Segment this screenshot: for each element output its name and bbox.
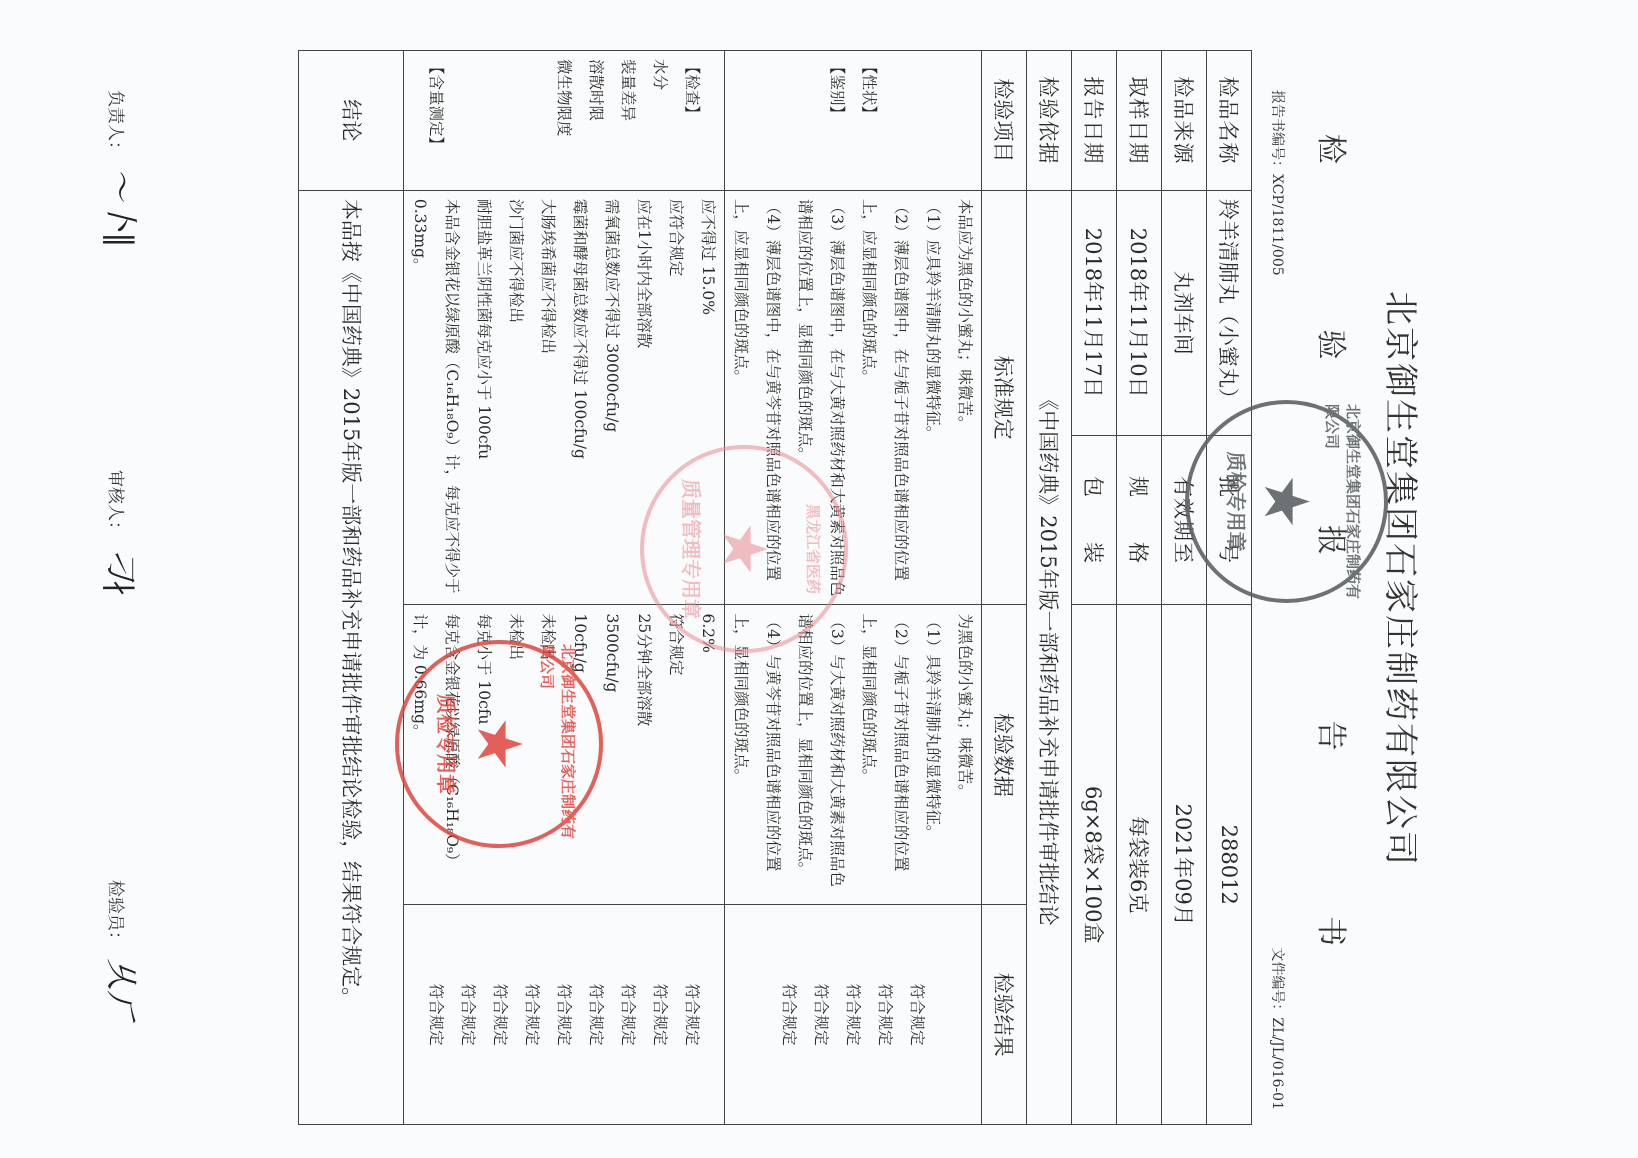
row-sampling-date: 取样日期 2018年11月10日 规 格 每袋装6克 (1117, 51, 1162, 1125)
inspector-signature: 检验员：乆⺁ (100, 880, 146, 1022)
test-item: 【性状】 (853, 59, 885, 182)
company-name: 北京御生堂集团石家庄制药有限公司 (1379, 0, 1428, 1158)
test-item: 溶散时限 (580, 59, 612, 182)
expiry-value: 2021年09月 (1162, 605, 1207, 1125)
spec-label: 规 格 (1117, 435, 1162, 605)
standard-line: （2）薄层色谱图中，在与栀子苷对照品色谱相应的位置上，应显相同颜色的斑点。 (853, 199, 917, 597)
batch-value: 288012 (1207, 605, 1252, 1125)
test-item: 装量差异 (612, 59, 644, 182)
data-line: （1）具羚羊清肺丸的显微特征。 (917, 613, 949, 896)
conclusion-row: 结论 本品按《中国药典》2015年版一部和药品补充申请批件审批结论检验，结果符合… (299, 51, 404, 1125)
standard-line: （3）薄层色谱图中，在与大黄对照药材和大黄素对照品色谱相应的位置上，显相同颜色的… (789, 199, 853, 597)
source-label: 检品来源 (1162, 51, 1207, 191)
column-header-standard: 标准规定 (982, 190, 1027, 605)
section-tests-assay: 【检查】水分装量差异溶散时限微生物限度【含量测定】 应不得过 15.0%应符合规… (404, 51, 725, 1125)
result-list: 符合规定符合规定符合规定符合规定符合规定 (725, 905, 982, 1125)
source-value: 丸剂车间 (1162, 190, 1207, 435)
handwritten-signature-icon: 乆⺁ (102, 958, 140, 1022)
test-item (484, 59, 516, 182)
report-number-value: XCP/1811/005 (1269, 174, 1285, 276)
standard-list: 本品应为黑色的小蜜丸；味微苦。（1）应具羚羊清肺丸的显微特征。（2）薄层色谱图中… (725, 190, 982, 605)
standard-line: （1）应具羚羊清肺丸的显微特征。 (917, 199, 949, 597)
test-item: 水分 (644, 59, 676, 182)
handwritten-signature-icon: ～卜∥ (102, 168, 140, 248)
result-value: 符合规定 (548, 913, 580, 1116)
row-source: 检品来源 丸剂车间 有效期至 2021年09月 (1162, 51, 1207, 1125)
basis-value: 《中国药典》2015年版一部和药品补充申请批件审批结论 (1027, 190, 1072, 1124)
item-list: 【性状】【鉴别】 (725, 51, 982, 191)
result-value: 符合规定 (612, 913, 644, 1116)
standard-line: 需氧菌总数应不得过 30000cfu/g (596, 199, 628, 597)
basis-label: 检验依据 (1027, 51, 1072, 191)
column-header-data: 检验数据 (982, 605, 1027, 905)
data-line: 符合规定 (660, 613, 692, 896)
report-number-label: 报告书编号： (1269, 90, 1285, 174)
standard-list: 应不得过 15.0%应符合规定应在1小时内全部溶散需氧菌总数应不得过 30000… (404, 190, 725, 605)
data-line: （3）与大黄对照药材和大黄素对照品色谱相应的位置上，显相同颜色的斑点。 (789, 613, 853, 896)
result-value: 符合规定 (580, 913, 612, 1116)
standard-line: 应不得过 15.0% (692, 199, 724, 597)
spec-value: 每袋装6克 (1117, 605, 1162, 1125)
row-report-date: 报告日期 2018年11月17日 包 装 6g×8袋×100盒 (1072, 51, 1117, 1125)
data-list: 为黑色的小蜜丸；味微苦。（1）具羚羊清肺丸的显微特征。（2）与栀子苷对照品色谱相… (725, 605, 982, 905)
test-item (516, 59, 548, 182)
batch-label: 批 号 (1207, 435, 1252, 605)
standard-line: 本品含金银花以绿原酸（C₁₆H₁₈O₉）计，每克应不得少于 0.33mg。 (404, 199, 468, 597)
standard-line: 本品应为黑色的小蜜丸；味微苦。 (949, 199, 981, 597)
expiry-label: 有效期至 (1162, 435, 1207, 605)
data-line: （2）与栀子苷对照品色谱相应的位置上，显相同颜色的斑点。 (853, 613, 917, 896)
data-line: 3500cfu/g (596, 613, 628, 896)
data-line: 每克含金银花以绿原酸（C₁₆H₁₈O₉）计，为 0.66mg。 (404, 613, 468, 896)
sampling-date-label: 取样日期 (1117, 51, 1162, 191)
result-value: 符合规定 (516, 913, 548, 1116)
section-appearance-identification: 【性状】【鉴别】 本品应为黑色的小蜜丸；味微苦。（1）应具羚羊清肺丸的显微特征。… (725, 51, 982, 1125)
package-label: 包 装 (1072, 435, 1117, 605)
result-list: 符合规定符合规定符合规定符合规定符合规定符合规定符合规定符合规定符合规定 (404, 905, 725, 1125)
result-value: 符合规定 (869, 913, 901, 1116)
file-number-value: ZL/JL/016-01 (1269, 1017, 1285, 1110)
data-line: 6.2% (692, 613, 724, 896)
document-title: 检 验 报 告 书 (1312, 0, 1356, 1158)
inspection-report-page: 北京御生堂集团石家庄制药有限公司 检 验 报 告 书 报告书编号：XCP/181… (0, 0, 1638, 1158)
reviewer-label: 审核人： (105, 470, 125, 538)
result-value: 符合规定 (452, 913, 484, 1116)
standard-line: 霉菌和酵母菌总数应不得过 100cfu/g (564, 199, 596, 597)
standard-line: 应符合规定 (660, 199, 692, 597)
report-table: 检品名称 羚羊清肺丸（小蜜丸） 批 号 288012 检品来源 丸剂车间 有效期… (298, 50, 1252, 1125)
file-number-label: 文件编号： (1269, 947, 1285, 1017)
report-number: 报告书编号：XCP/1811/005 (1268, 90, 1288, 276)
file-number: 文件编号：ZL/JL/016-01 (1268, 947, 1288, 1110)
data-line: 未检出 (500, 613, 532, 896)
row-basis: 检验依据 《中国药典》2015年版一部和药品补充申请批件审批结论 (1027, 51, 1072, 1125)
test-item: 【鉴别】 (821, 59, 853, 182)
test-item: 微生物限度 (548, 59, 580, 182)
column-header-result: 检验结果 (982, 905, 1027, 1125)
result-value: 符合规定 (805, 913, 837, 1116)
data-line: 25分钟全部溶散 (628, 613, 660, 896)
test-item (452, 59, 484, 182)
result-value: 符合规定 (644, 913, 676, 1116)
result-value: 符合规定 (837, 913, 869, 1116)
sampling-date-value: 2018年11月10日 (1117, 190, 1162, 435)
handwritten-signature-icon: 刁∤ (102, 548, 140, 596)
result-value: 符合规定 (773, 913, 805, 1116)
data-line: 未检出 (532, 613, 564, 896)
conclusion-text: 本品按《中国药典》2015年版一部和药品补充申请批件审批结论检验，结果符合规定。 (299, 190, 404, 1124)
conclusion-label: 结论 (299, 51, 404, 191)
product-name-label: 检品名称 (1207, 51, 1252, 191)
report-date-value: 2018年11月17日 (1072, 190, 1117, 435)
result-value: 符合规定 (901, 913, 933, 1116)
standard-line: 应在1小时内全部溶散 (628, 199, 660, 597)
responsible-label: 负责人： (105, 90, 125, 158)
product-name-value: 羚羊清肺丸（小蜜丸） (1207, 190, 1252, 435)
report-date-label: 报告日期 (1072, 51, 1117, 191)
data-line: 10cfu/g (564, 613, 596, 896)
result-value: 符合规定 (676, 913, 708, 1116)
item-list: 【检查】水分装量差异溶散时限微生物限度【含量测定】 (404, 51, 725, 191)
standard-line: （4）薄层色谱图中，在与黄芩苷对照品色谱相应的位置上，应显相同颜色的斑点。 (725, 199, 789, 597)
package-value: 6g×8袋×100盒 (1072, 605, 1117, 1125)
data-line: 每克小于 10cfu (468, 613, 500, 896)
standard-line: 大肠埃希菌应不得检出 (532, 199, 564, 597)
data-line: （4）与黄芩苷对照品色谱相应的位置上，显相同颜色的斑点。 (725, 613, 789, 896)
column-header-item: 检验项目 (982, 51, 1027, 191)
standard-line: 沙门菌应不得检出 (500, 199, 532, 597)
row-product-name: 检品名称 羚羊清肺丸（小蜜丸） 批 号 288012 (1207, 51, 1252, 1125)
standard-line: 耐胆盐革兰阴性菌每克应小于 100cfu (468, 199, 500, 597)
column-header-row: 检验项目 标准规定 检验数据 检验结果 (982, 51, 1027, 1125)
responsible-signature: 负责人：～卜∥ (100, 90, 146, 248)
result-value: 符合规定 (484, 913, 516, 1116)
data-list: 6.2%符合规定25分钟全部溶散3500cfu/g10cfu/g未检出未检出每克… (404, 605, 725, 905)
reviewer-signature: 审核人：刁∤ (100, 470, 146, 596)
data-line: 为黑色的小蜜丸；味微苦。 (949, 613, 981, 896)
result-value: 符合规定 (420, 913, 452, 1116)
test-item: 【检查】 (676, 59, 708, 182)
inspector-label: 检验员： (105, 880, 125, 948)
test-item: 【含量测定】 (420, 59, 452, 182)
